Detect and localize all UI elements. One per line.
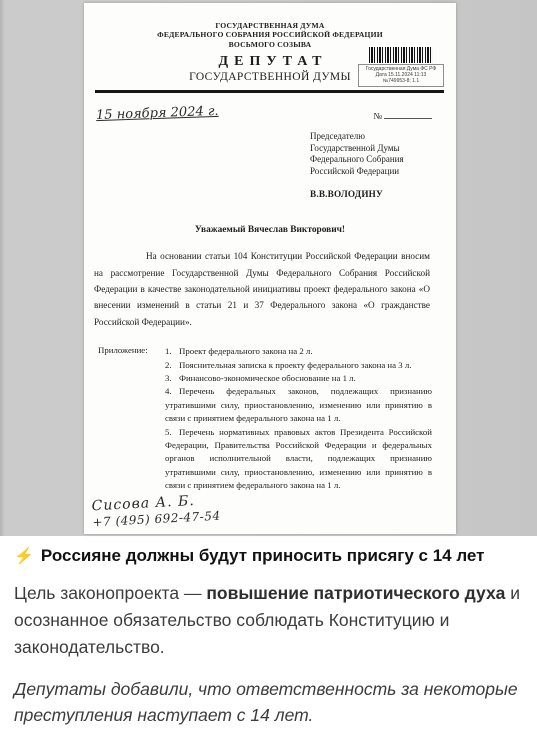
duma-letter-page: ГОСУДАРСТВЕННАЯ ДУМА ФЕДЕРАЛЬНОГО СОБРАН… bbox=[84, 3, 456, 534]
attachment-item: 5.Перечень нормативных правовых актов Пр… bbox=[165, 426, 432, 493]
attachments-section: Приложение: 1.Проект федерального закона… bbox=[98, 345, 432, 492]
letterhead: ГОСУДАРСТВЕННАЯ ДУМА ФЕДЕРАЛЬНОГО СОБРАН… bbox=[84, 3, 456, 49]
registration-stamp: Государственная Дума ФС РФ Дата 15.11.20… bbox=[358, 47, 444, 87]
attachment-text: Проект федерального закона на 2 л. bbox=[179, 346, 313, 356]
attachment-text: Пояснительная записка к проекту федераль… bbox=[179, 360, 411, 370]
stamp-text: Государственная Дума ФС РФ Дата 15.11.20… bbox=[358, 64, 444, 87]
addressee-line: Государственной Думы bbox=[310, 143, 456, 155]
stamp-number: №749953-8; 1.1 bbox=[360, 78, 442, 84]
barcode-icon bbox=[369, 47, 433, 63]
headline-text: Россияне должны будут приносить присягу … bbox=[41, 546, 485, 566]
post-caption: ⚡ Россияне должны будут приносить присяг… bbox=[0, 536, 537, 728]
letterhead-line-2: ФЕДЕРАЛЬНОГО СОБРАНИЯ РОССИЙСКОЙ ФЕДЕРАЦ… bbox=[84, 30, 456, 39]
number-field: № bbox=[373, 111, 432, 121]
addressee-line: Российской Федерации bbox=[310, 166, 456, 178]
number-blank-line bbox=[384, 111, 432, 119]
attachment-item: 2.Пояснительная записка к проекту федера… bbox=[165, 359, 432, 372]
post-headline: ⚡ Россияне должны будут приносить присяг… bbox=[14, 546, 523, 566]
attachment-number: 4. bbox=[165, 385, 179, 398]
signature-block: Сисова А. Б. +7 (495) 692-47-54 bbox=[91, 492, 221, 530]
attachment-number: 1. bbox=[165, 345, 179, 358]
paragraph-prefix: Цель законопроекта — bbox=[14, 583, 206, 603]
attachment-number: 2. bbox=[165, 359, 179, 372]
attachment-number: 5. bbox=[165, 426, 179, 439]
addressee-line: Федерального Собрания bbox=[310, 154, 456, 166]
post-footnote: Депутаты добавили, что ответственность з… bbox=[14, 676, 523, 728]
date-row: 15 ноября 2024 г. № bbox=[96, 99, 432, 121]
attachment-text: Перечень федеральных законов, подлежащих… bbox=[165, 386, 432, 423]
attachment-item: 3.Финансово-экономическое обоснование на… bbox=[165, 372, 432, 385]
handwritten-date: 15 ноября 2024 г. bbox=[96, 104, 219, 123]
addressee-line: Председателю bbox=[310, 131, 456, 143]
attachment-text: Перечень нормативных правовых актов През… bbox=[165, 427, 432, 491]
letter-photo[interactable]: ГОСУДАРСТВЕННАЯ ДУМА ФЕДЕРАЛЬНОГО СОБРАН… bbox=[0, 0, 537, 536]
letterhead-divider bbox=[95, 90, 444, 93]
salutation: Уважаемый Вячеслав Викторович! bbox=[84, 225, 456, 235]
addressee-block: Председателю Государственной Думы Федера… bbox=[310, 131, 456, 200]
attachments-label: Приложение: bbox=[98, 345, 153, 492]
lightning-bolt-icon: ⚡ bbox=[14, 546, 34, 566]
attachment-item: 1.Проект федерального закона на 2 л. bbox=[165, 345, 432, 358]
post-paragraph: Цель законопроекта — повышение патриотич… bbox=[14, 580, 523, 661]
attachments-list: 1.Проект федерального закона на 2 л. 2.П… bbox=[165, 345, 432, 492]
letter-body: На основании статьи 104 Конституции Росс… bbox=[94, 248, 430, 330]
attachment-text: Финансово-экономическое обоснование на 1… bbox=[179, 373, 356, 383]
number-label: № bbox=[373, 111, 382, 121]
letterhead-line-1: ГОСУДАРСТВЕННАЯ ДУМА bbox=[84, 21, 456, 30]
attachment-number: 3. bbox=[165, 372, 179, 385]
addressee-name: В.В.ВОЛОДИНУ bbox=[310, 189, 456, 201]
paragraph-bold: повышение патриотического духа bbox=[206, 583, 505, 603]
attachment-item: 4.Перечень федеральных законов, подлежащ… bbox=[165, 385, 432, 425]
